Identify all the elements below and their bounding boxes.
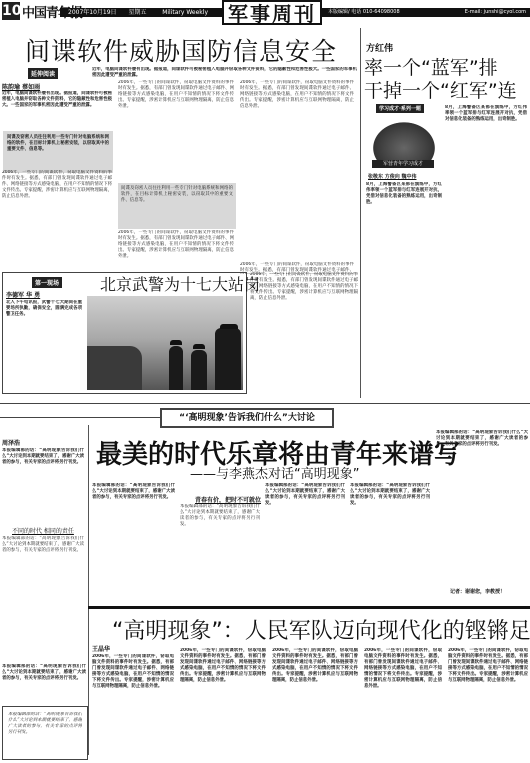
- spy-software-tag: 延伸阅读: [28, 68, 58, 79]
- banner-rule-left: [0, 417, 160, 418]
- forum-body-col5: 本报编辑部的话：“高明现象告诉我们什么”大讨论到本期就要结束了，感谢广大读者的参…: [436, 430, 528, 564]
- forum-closing: 记者：谢谢您，李教授！: [450, 588, 505, 595]
- editor-note-text: 本报编辑部的话：“高明现象告诉我们什么”大讨论到本期就要结束了，感谢广大读者的参…: [8, 712, 82, 752]
- guard-cap-3: [220, 324, 238, 329]
- modernization-body-col5: 2006年，一些专门的间谍软件，窃取电脑文件资料的事件时有发生。据悉，有部门曾发…: [448, 648, 528, 759]
- beijing-police-tag: 第一现场: [32, 277, 62, 288]
- modernization-body-col3: 2006年，一些专门的间谍软件，窃取电脑文件资料的事件时有发生。据悉，有部门曾发…: [272, 648, 358, 759]
- spy-software-byline: 陈韵瑜 蔡如雨: [2, 82, 40, 91]
- forum-sidebar-body-3: 本报编辑部的话：“高明现象告诉我们什么”大讨论到本期就要结束了，感谢广大读者的参…: [2, 664, 86, 702]
- beijing-police-byline: 李德军 华 勇: [6, 290, 40, 299]
- masthead-contact: 本版编辑/ 电话 010-64098008: [328, 9, 400, 15]
- forum-section-subhead: 青春有价，把时不可就位: [195, 495, 261, 504]
- forum-body-col3: 本报编辑部的话：“高明现象告诉我们什么”大讨论到本期就要结束了，感谢广大读者的参…: [265, 483, 345, 565]
- modernization-body-col2: 2006年，一些专门的间谍软件，窃取电脑文件资料的事件时有发生。据悉，有部门曾发…: [180, 648, 266, 759]
- beijing-police-photo: [87, 296, 243, 390]
- masthead-date: 2007年10月19日: [68, 9, 117, 16]
- modernization-top-rule: [88, 606, 530, 609]
- modernization-headline: “高明现象”：人民军队迈向现代化的铿锵足音: [112, 614, 530, 645]
- blue-army-body-col2: 8月，上海警备区某部在演练中，方红伟率领一个蓝军排与红军连展开对抗，凭借对信息化…: [445, 105, 527, 395]
- beijing-police-body: 北人下午电讯报，武警十七大期间在重要场所执勤，确保安全，圆满完成各项警卫任务。: [6, 300, 82, 388]
- modernization-body-col1: 2006年，一些专门的间谍软件，窃取电脑文件资料的事件时有发生。据悉，有部门曾发…: [92, 654, 174, 759]
- spy-software-continued: 2006年，一些专门的间谍软件，窃取电脑文件资料的事件时有发生。据悉，有部门曾发…: [250, 272, 358, 390]
- section-title: 军事周刊: [222, 0, 322, 25]
- forum-sidebar-byline: 周泽浩: [2, 438, 20, 447]
- guard-cap-2: [193, 344, 205, 349]
- beijing-police-headline: 北京武警为十七大站岗: [100, 272, 260, 295]
- forum-subheadline: ——与李燕杰对话“高明现象”: [190, 463, 359, 482]
- column-divider: [360, 28, 361, 398]
- modernization-byline: 王晶华: [92, 644, 110, 653]
- spy-software-shaded-box: 间谍及窃密人员往往利用一些专门针对电脑系统和网络的软件，在目标计算机上秘密安装，…: [118, 183, 236, 229]
- guard-figure-1: [169, 346, 183, 390]
- emblem-label: 军营青年学习成才: [372, 160, 434, 168]
- forum-body-col1: 本报编辑部的话：“高明现象告诉我们什么”大讨论到本期就要结束了，感谢广大读者的参…: [92, 483, 175, 565]
- forum-body-col4: 本报编辑部的话：“高明现象告诉我们什么”大讨论到本期就要结束了，感谢广大读者的参…: [350, 483, 430, 565]
- masthead-weekday: 星期五: [128, 9, 146, 16]
- forum-sidebar-body: 本报编辑部的话：“高明现象告诉我们什么”大讨论到本期就要结束了，感谢广大读者的参…: [2, 448, 84, 518]
- guard-cap-1: [170, 340, 182, 345]
- masthead-email: E-mail: junshi@cyol.com: [465, 8, 526, 17]
- spy-software-headline: 间谍软件威胁国防信息安全: [25, 32, 337, 68]
- spy-software-intro: 近年，电脑间谍软件屡有出现。据报道，间谍软件可被秘密植入电脑并窃取各种文件资料，…: [2, 91, 112, 127]
- spy-software-box: 间谍及窃密人员往往利用一些专门针对电脑系统和网络的软件，在目标计算机上秘密安装，…: [3, 131, 113, 173]
- guard-figure-3: [215, 328, 241, 390]
- page-number: 10: [2, 2, 20, 20]
- spy-software-body-col1: 2006年，一些专门的间谍软件，窃取电脑文件资料的事件时有发生。据悉，有部门曾发…: [2, 170, 112, 260]
- car-shape: [87, 346, 142, 390]
- blue-army-banner: 学习成才·系列一题: [376, 104, 424, 113]
- spy-software-body-col3: 2006年，一些专门的间谍软件，窃取电脑文件资料的事件时有发生。据悉，有部门曾发…: [240, 80, 354, 260]
- modernization-body-col4: 2006年，一些专门的间谍软件，窃取电脑文件资料的事件时有发生。据悉，有部门曾发…: [364, 648, 442, 759]
- forum-body-col2: 本报编辑部的话：“高明现象告诉我们什么”大讨论到本期就要结束了，感谢广大读者的参…: [180, 504, 260, 564]
- section-rule: [0, 403, 530, 404]
- sidebar-divider: [88, 425, 89, 755]
- blue-army-headline-2: 干掉一个“红军”连: [364, 76, 517, 103]
- spy-software-lead: 近年，电脑间谍软件屡有出现。据报道，间谍软件可被秘密植入电脑并窃取各种文件资料，…: [92, 67, 357, 79]
- guard-figure-2: [191, 350, 207, 390]
- forum-sidebar-subhead: 不同的时代 相同的责任: [12, 526, 74, 535]
- blue-army-body-col1: 8月，上海警备区某部在演练中，方红伟率领一个蓝军排与红军连展开对抗，凭借对信息化…: [366, 182, 442, 382]
- masthead-english: Military Weekly: [162, 8, 208, 17]
- masthead-date-bar: 2007年10月19日 星期五 Military Weekly: [60, 8, 222, 17]
- blue-army-byline: 张敬东 方俊向 魏中伟: [368, 173, 416, 180]
- spy-software-body-col2: 2006年，一些专门的间谍软件，窃取电脑文件资料的事件时有发生。据悉，有部门曾发…: [118, 80, 234, 180]
- forum-banner: “‘高明现象’告诉我们什么”大讨论: [160, 408, 334, 428]
- masthead-contact-bar: 本版编辑/ 电话 010-64098008 E-mail: junshi@cyo…: [322, 8, 530, 17]
- spy-software-body-col2b: 2006年，一些专门的间谍软件，窃取电脑文件资料的事件时有发生。据悉，有部门曾发…: [118, 230, 234, 258]
- forum-sidebar-body-2: 本报编辑部的话：“高明现象告诉我们什么”大讨论到本期就要结束了，感谢广大读者的参…: [2, 536, 84, 662]
